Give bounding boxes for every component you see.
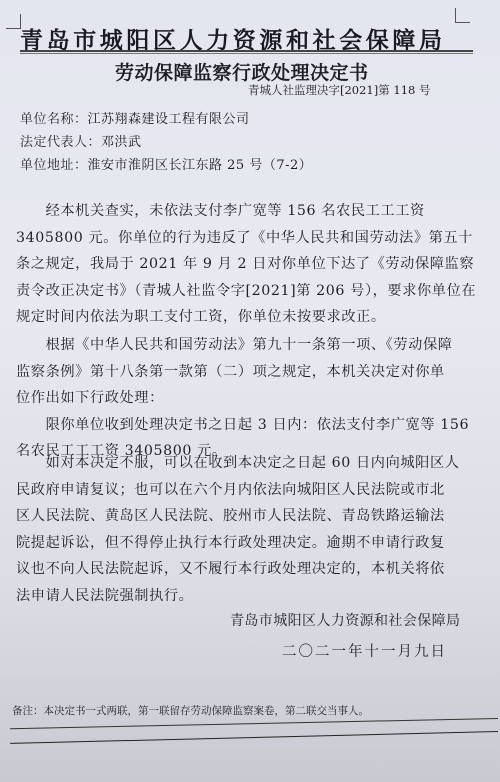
decision-paragraph: 根据《中华人民共和国劳动法》第九十一条第一项、《劳动保障 监察条例》第十八条第一…	[16, 332, 486, 465]
text-line: 条之规定，我局于 2021 年 9 月 2 日对你单位下达了《劳动保障监察	[16, 251, 486, 278]
text-line: 位作出如下行政处理：	[16, 385, 486, 412]
text-line: 责令改正决定书》（青城人社监令字[2021]第 206 号），要求你单位在	[16, 278, 486, 305]
address-value: 淮安市淮阴区长江东路 25 号（7-2）	[88, 158, 313, 173]
text-line: 民政府申请复议；也可以在六个月内依法向城阳区人民法院或市北	[16, 477, 486, 504]
document-number: 青城人社监理决字[2021]第 118 号	[248, 82, 431, 98]
header-divider	[20, 50, 473, 54]
address-row: 单位地址：淮安市淮阴区长江东路 25 号（7-2）	[20, 154, 312, 173]
findings-paragraph: 经本机关查实，未依法支付李广宽等 156 名农民工工工资 3405800 元。你…	[16, 198, 486, 331]
appeal-rights-paragraph: 如对本决定不服，可以在收到本决定之日起 60 日内向城阳区人 民政府申请复议；也…	[16, 450, 486, 609]
text-line: 经本机关查实，未依法支付李广宽等 156 名农民工工工资	[16, 198, 486, 225]
crop-mark-top-right	[455, 8, 470, 23]
text-line: 规定时间内依法为职工支付工资，你单位未按要求改正。	[16, 304, 486, 331]
signature-date: 二〇二一年十一月九日	[282, 640, 447, 661]
legal-rep-row: 法定代表人：邓洪武	[20, 131, 142, 150]
text-line: 法申请人民法院强制执行。	[16, 583, 486, 610]
decision-document: 青岛市城阳区人力资源和社会保障局 劳动保障监察行政处理决定书 青城人社监理决字[…	[0, 0, 500, 782]
note-divider-top	[10, 718, 498, 729]
text-line: 院提起诉讼，但不得停止执行本行政处理决定。逾期不申请行政复	[16, 530, 486, 557]
text-line: 区人民法院、黄岛区人民法院、胶州市人民法院、青岛铁路运输法	[16, 503, 486, 530]
unit-name-label: 单位名称：	[20, 112, 88, 127]
document-title: 劳动保障监察行政处理决定书	[115, 58, 369, 85]
text-line: 限你单位收到处理决定书之日起 3 日内：依法支付李广宽等 156	[16, 412, 486, 439]
note-divider-bottom	[10, 731, 498, 744]
text-line: 根据《中华人民共和国劳动法》第九十一条第一项、《劳动保障	[16, 332, 486, 359]
signature-organization: 青岛市城阳区人力资源和社会保障局	[230, 610, 460, 630]
text-line: 监察条例》第十八条第一款第（二）项之规定，本机关决定对你单	[16, 359, 486, 386]
legal-rep-label: 法定代表人：	[20, 135, 101, 150]
footnote: 备注：本决定书一式两联，第一联留存劳动保障监察案卷，第二联交当事人。	[12, 703, 369, 718]
text-line: 如对本决定不服，可以在收到本决定之日起 60 日内向城阳区人	[16, 450, 486, 477]
text-line: 3405800 元。你单位的行为违反了《中华人民共和国劳动法》第五十	[16, 225, 486, 252]
address-label: 单位地址：	[20, 158, 88, 173]
legal-rep-value: 邓洪武	[101, 135, 142, 150]
unit-name-value: 江苏翔森建设工程有限公司	[88, 112, 250, 127]
unit-name-row: 单位名称：江苏翔森建设工程有限公司	[20, 108, 250, 127]
crop-mark-top-left	[6, 14, 21, 29]
text-line: 议也不向人民法院起诉，又不履行本行政处理决定的，本机关将依	[16, 556, 486, 583]
